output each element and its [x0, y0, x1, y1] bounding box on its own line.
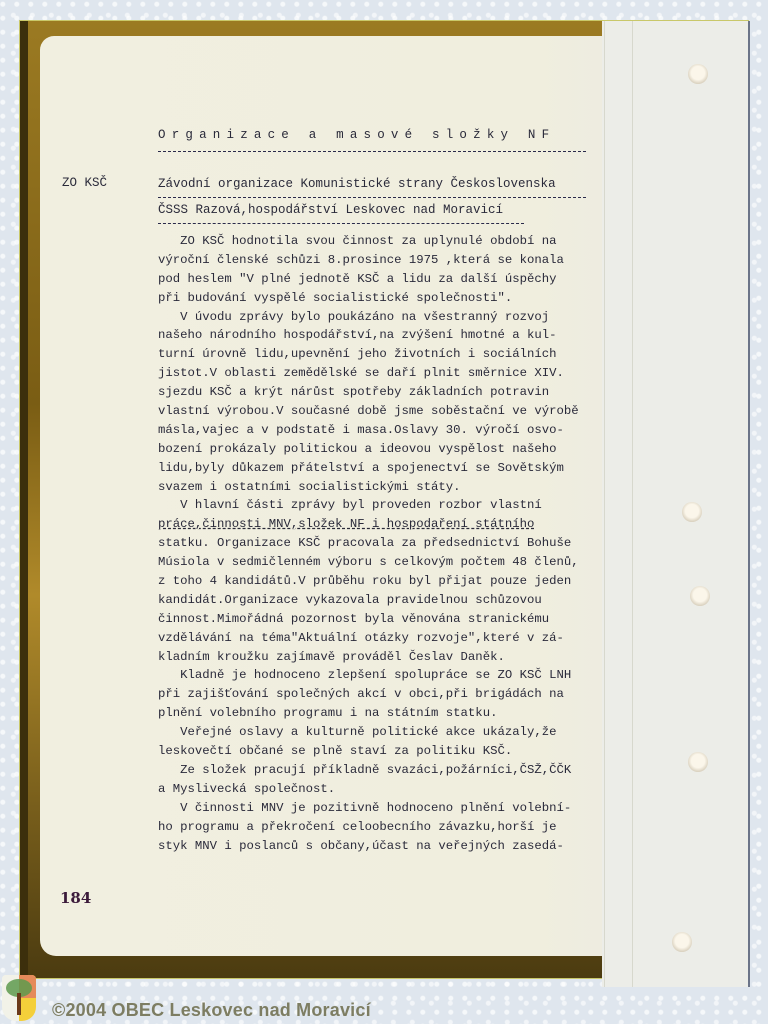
heading-underline	[158, 151, 586, 152]
body-line: lidu,byly důkazem přátelství a spojenect…	[158, 461, 579, 480]
body-line: jistot.V oblasti zemědělské se daří plni…	[158, 366, 579, 385]
body-line: Ze složek pracují příkladně svazáci,požá…	[158, 763, 579, 782]
body-line: Kladně je hodnoceno zlepšení spolupráce …	[158, 668, 579, 687]
organization-subname: ČSSS Razová,hospodářství Leskovec nad Mo…	[158, 203, 503, 217]
body-line: Veřejné oslavy a kulturně politické akce…	[158, 725, 579, 744]
body-line: Músiola v sedmičlenném výboru s celkovým…	[158, 555, 579, 574]
body-line: V hlavní části zprávy byl proveden rozbo…	[158, 498, 579, 517]
body-line: V činnosti MNV je pozitivně hodnoceno pl…	[158, 801, 579, 820]
fold-line	[604, 21, 605, 987]
body-line: ZO KSČ hodnotila svou činnost za uplynul…	[158, 234, 579, 253]
body-line: pod heslem "V plné jednotě KSČ a lidu za…	[158, 272, 579, 291]
body-line: svazem i ostatními socialistickými státy…	[158, 480, 579, 499]
body-line: při budování vyspělé socialistické spole…	[158, 291, 579, 310]
organization-name: Závodní organizace Komunistické strany Č…	[158, 177, 556, 191]
body-line: a Myslivecká společnost.	[158, 782, 579, 801]
punch-hole	[688, 64, 708, 84]
body-line: plnění volebního programu i na státním s…	[158, 706, 579, 725]
paper-sheet-margin	[602, 21, 750, 987]
page-number: 184	[60, 889, 91, 907]
side-label: ZO KSČ	[62, 176, 107, 190]
body-line: bození prokázaly politickou a ideovou vy…	[158, 442, 579, 461]
copyright-footer: ©2004 OBEC Leskovec nad Moravicí	[52, 1000, 371, 1021]
coat-of-arms-icon	[2, 975, 36, 1021]
punch-hole	[688, 752, 708, 772]
punch-hole	[690, 586, 710, 606]
body-line: z toho 4 kandidátů.V průběhu roku byl př…	[158, 574, 579, 593]
punch-hole	[672, 932, 692, 952]
body-line: našeho národního hospodářství,na zvýšení…	[158, 328, 579, 347]
body-line: při zajišťování společných akcí v obci,p…	[158, 687, 579, 706]
org-underline	[158, 197, 586, 198]
body-line: ho programu a překročení celoobecního zá…	[158, 820, 579, 839]
org-underline	[158, 223, 524, 224]
body-line: sjezdu KSČ a krýt nárůst spotřeby základ…	[158, 385, 579, 404]
body-line: kandidát.Organizace vykazovala pravideln…	[158, 593, 579, 612]
body-line: výroční členské schůzi 8.prosince 1975 ,…	[158, 253, 579, 272]
body-line: leskovečtí občané se plně staví za polit…	[158, 744, 579, 763]
body-line: turní úrovně lidu,upevnění jeho životníc…	[158, 347, 579, 366]
body-line: kladním kroužku zajímavě prováděl Česlav…	[158, 650, 579, 669]
body-line: vlastní výrobou.V současné době jsme sob…	[158, 404, 579, 423]
body-line: másla,vajec a v podstatě i masa.Oslavy 3…	[158, 423, 579, 442]
body-line: styk MNV i poslanců s občany,účast na ve…	[158, 839, 579, 858]
section-heading: Organizace a masové složky NF	[158, 128, 555, 142]
body-line: činnost.Mimořádná pozornost byla věnován…	[158, 612, 579, 631]
fold-line	[632, 21, 633, 987]
body-line: práce,činnosti MNV,složek NF i hospodaře…	[158, 517, 579, 536]
punch-hole	[682, 502, 702, 522]
body-line: statku. Organizace KSČ pracovala za před…	[158, 536, 579, 555]
body-line: V úvodu zprávy bylo poukázáno na všestra…	[158, 310, 579, 329]
report-body: ZO KSČ hodnotila svou činnost za uplynul…	[158, 234, 579, 857]
body-line: vzdělávání na téma"Aktuální otázky rozvo…	[158, 631, 579, 650]
